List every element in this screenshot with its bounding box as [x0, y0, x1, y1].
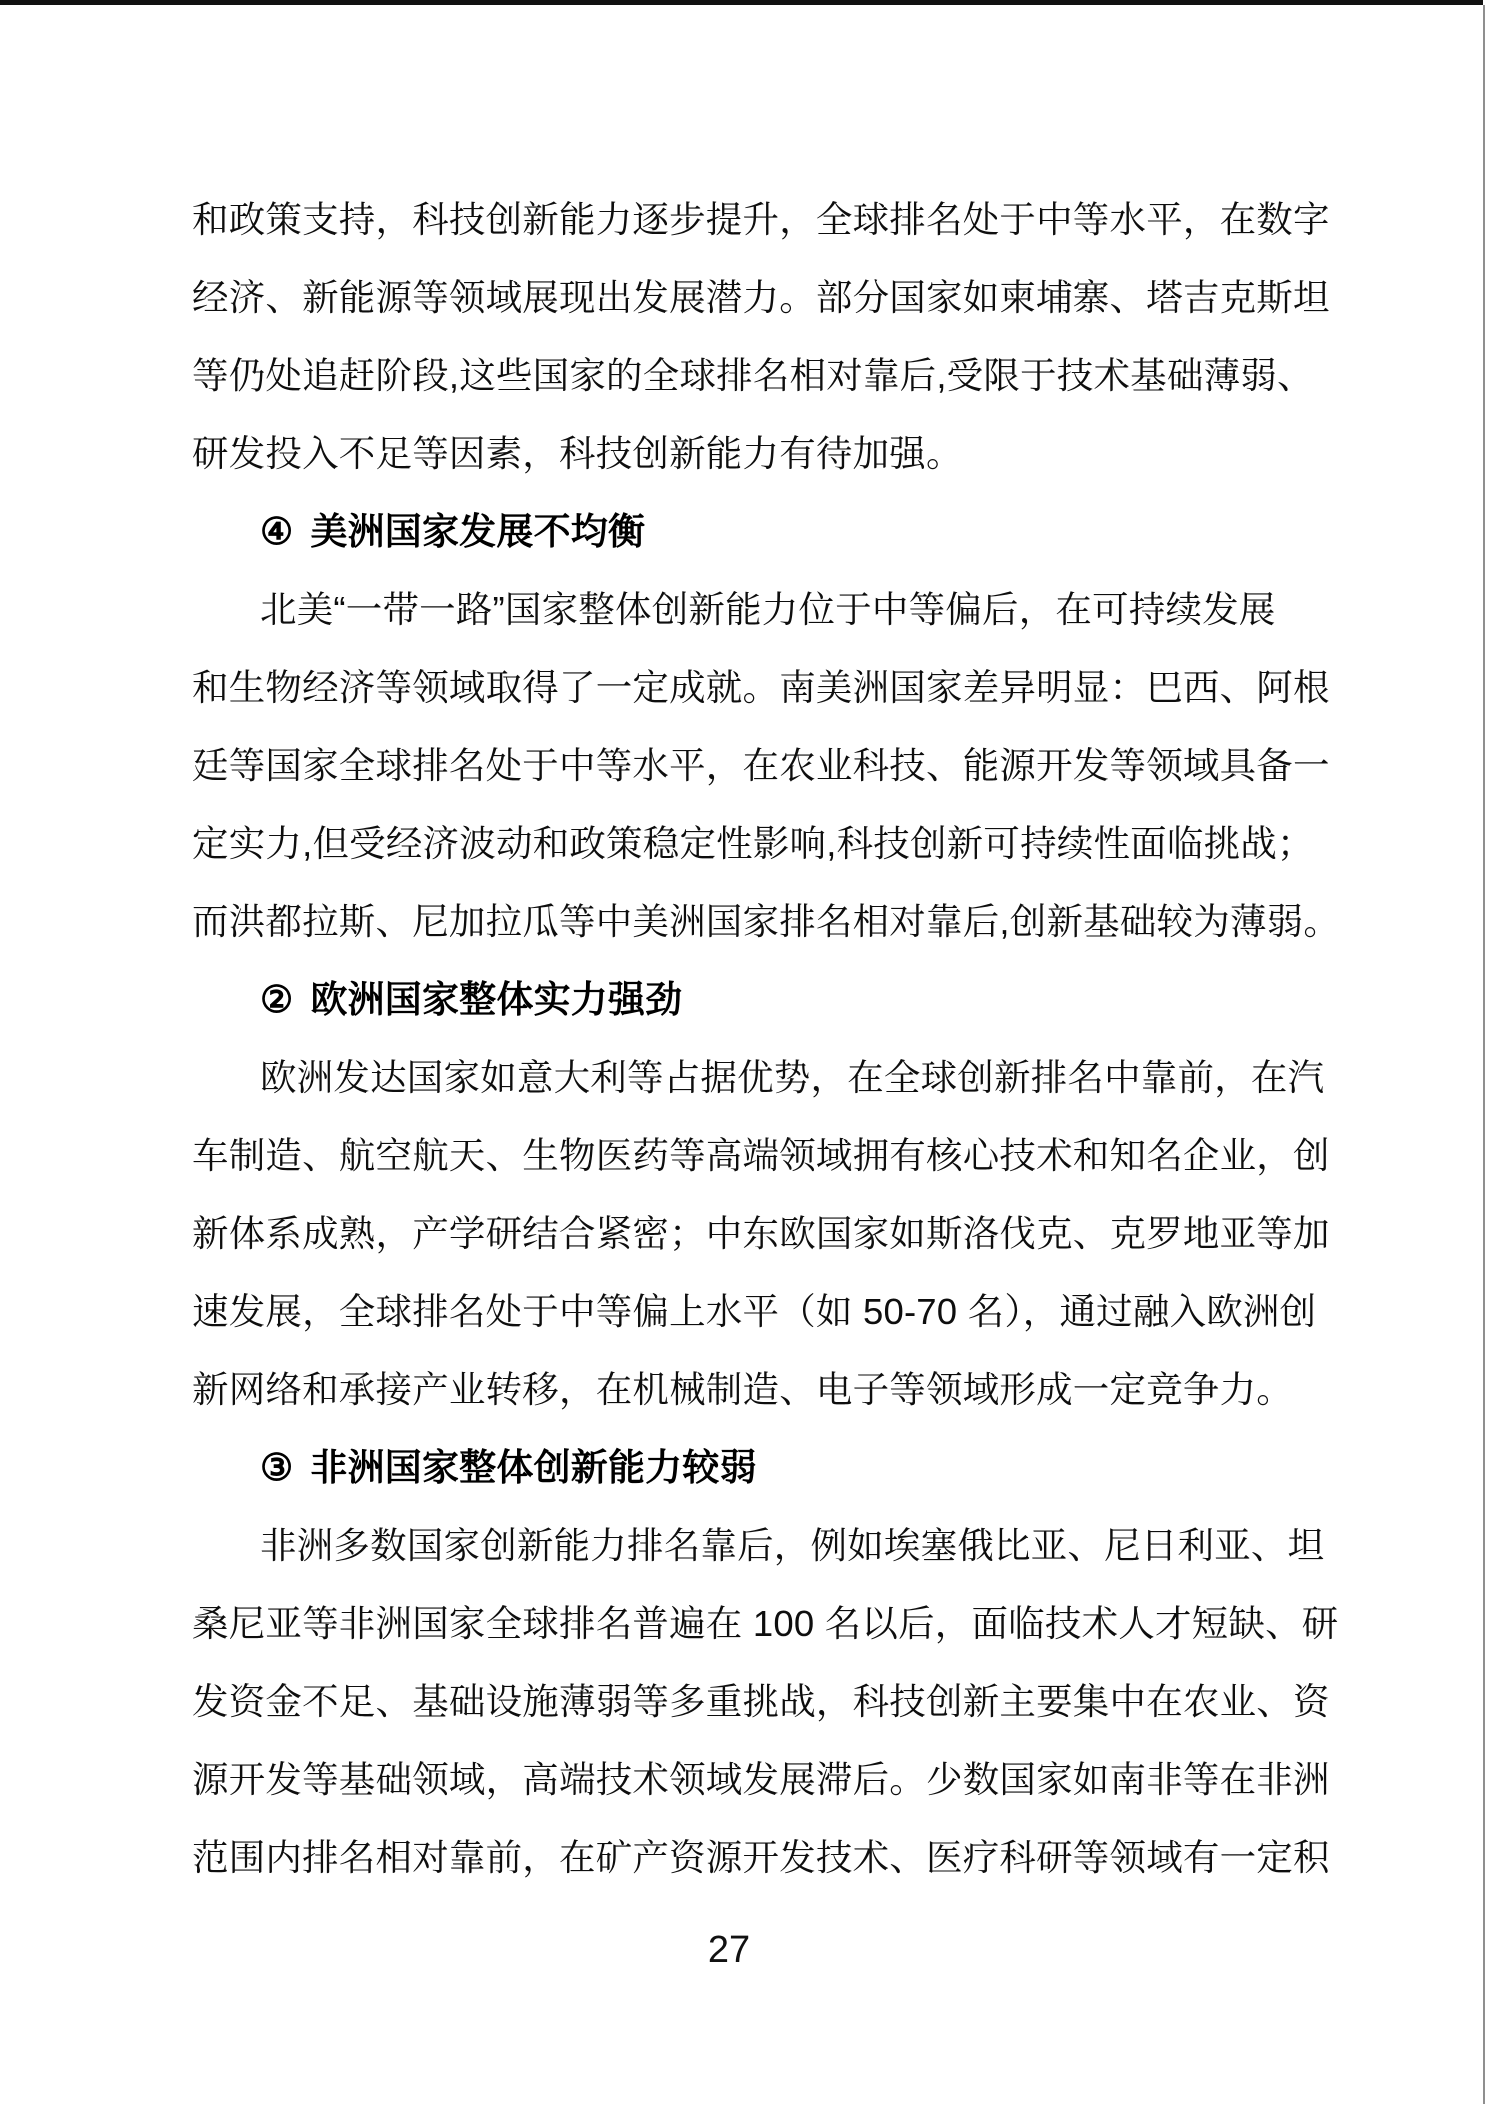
body-line: 而洪都拉斯、尼加拉瓜等中美洲国家排名相对靠后,创新基础较为薄弱。	[192, 883, 1316, 961]
heading-number: ③	[260, 1447, 293, 1488]
heading-text: 欧洲国家整体实力强劲	[310, 979, 682, 1020]
body-line: 和生物经济等领域取得了一定成就。南美洲国家差异明显：巴西、阿根	[192, 649, 1316, 727]
heading-text: 美洲国家发展不均衡	[310, 511, 645, 552]
section-heading-africa: ③非洲国家整体创新能力较弱	[192, 1429, 1316, 1507]
body-line: 北美“一带一路”国家整体创新能力位于中等偏后，在可持续发展	[192, 571, 1316, 649]
heading-number: ④	[260, 511, 293, 552]
top-edge-bar	[0, 0, 1483, 5]
section-heading-americas: ④美洲国家发展不均衡	[192, 493, 1316, 571]
body-line: 源开发等基础领域，高端技术领域发展滞后。少数国家如南非等在非洲	[192, 1741, 1316, 1819]
body-line: 和政策支持，科技创新能力逐步提升，全球排名处于中等水平，在数字	[192, 181, 1316, 259]
heading-text: 非洲国家整体创新能力较弱	[310, 1447, 756, 1488]
body-line: 桑尼亚等非洲国家全球排名普遍在 100 名以后，面临技术人才短缺、研	[192, 1585, 1316, 1663]
page-number: 27	[0, 1926, 1458, 1974]
body-line: 车制造、航空航天、生物医药等高端领域拥有核心技术和知名企业，创	[192, 1117, 1316, 1195]
body-line: 新体系成熟，产学研结合紧密；中东欧国家如斯洛伐克、克罗地亚等加	[192, 1195, 1316, 1273]
body-line: 范围内排名相对靠前，在矿产资源开发技术、医疗科研等领域有一定积	[192, 1819, 1316, 1897]
body-line: 速发展，全球排名处于中等偏上水平（如 50-70 名），通过融入欧洲创	[192, 1273, 1316, 1351]
section-heading-europe: ②欧洲国家整体实力强劲	[192, 961, 1316, 1039]
right-edge-line	[1483, 5, 1485, 2104]
document-page: 和政策支持，科技创新能力逐步提升，全球排名处于中等水平，在数字 经济、新能源等领…	[0, 0, 1488, 2104]
document-body: 和政策支持，科技创新能力逐步提升，全球排名处于中等水平，在数字 经济、新能源等领…	[192, 181, 1316, 1897]
body-line: 定实力,但受经济波动和政策稳定性影响,科技创新可持续性面临挑战；	[192, 805, 1316, 883]
body-line: 研发投入不足等因素，科技创新能力有待加强。	[192, 415, 1316, 493]
heading-number: ②	[260, 979, 293, 1020]
body-line: 等仍处追赶阶段,这些国家的全球排名相对靠后,受限于技术基础薄弱、	[192, 337, 1316, 415]
body-line: 经济、新能源等领域展现出发展潜力。部分国家如柬埔寨、塔吉克斯坦	[192, 259, 1316, 337]
body-line: 廷等国家全球排名处于中等水平，在农业科技、能源开发等领域具备一	[192, 727, 1316, 805]
body-line: 欧洲发达国家如意大利等占据优势，在全球创新排名中靠前，在汽	[192, 1039, 1316, 1117]
body-line: 非洲多数国家创新能力排名靠后，例如埃塞俄比亚、尼日利亚、坦	[192, 1507, 1316, 1585]
body-line: 新网络和承接产业转移，在机械制造、电子等领域形成一定竞争力。	[192, 1351, 1316, 1429]
body-line: 发资金不足、基础设施薄弱等多重挑战，科技创新主要集中在农业、资	[192, 1663, 1316, 1741]
